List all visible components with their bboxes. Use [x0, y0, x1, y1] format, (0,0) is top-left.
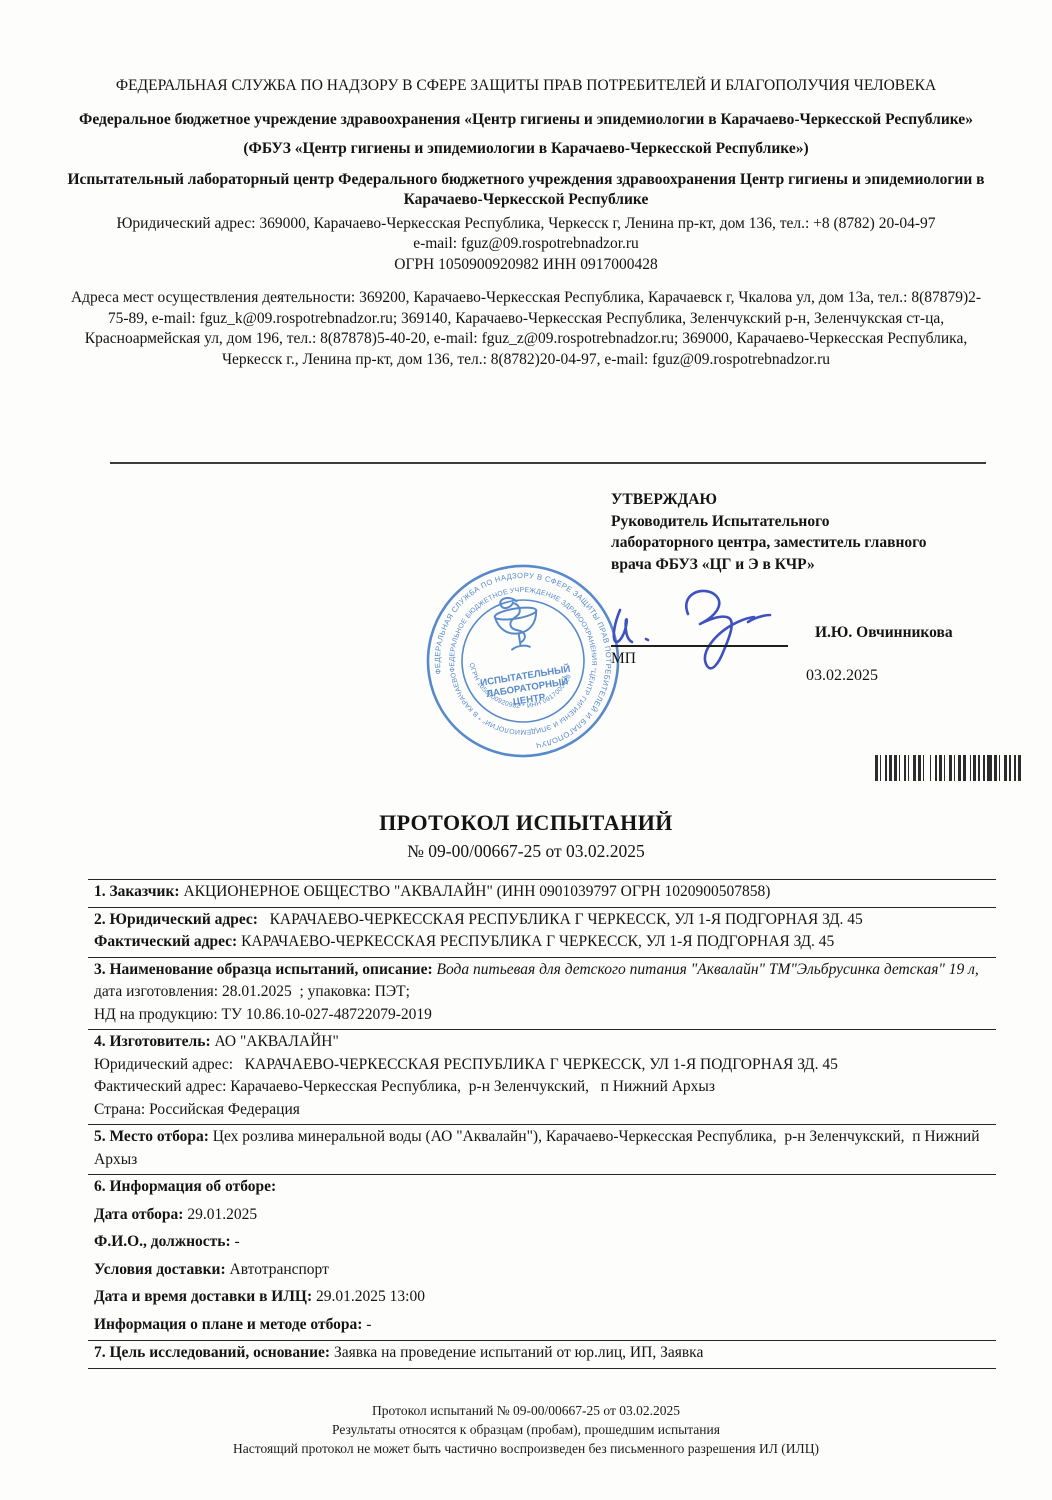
barcode-bar	[935, 755, 936, 781]
text-segment: 29.01.2025	[183, 1206, 257, 1223]
text-segment: Юридический адрес: КАРАЧАЕВО-ЧЕРКЕССКАЯ …	[94, 1056, 838, 1073]
org-short-name: (ФБУЗ «Центр гигиены и эпидемиологии в К…	[64, 139, 988, 160]
barcode-bar	[954, 755, 955, 781]
footer-line: Результаты относятся к образцам (пробам)…	[0, 1420, 1052, 1439]
service-name: ФЕДЕРАЛЬНАЯ СЛУЖБА ПО НАДЗОРУ В СФЕРЕ ЗА…	[64, 76, 988, 97]
barcode-bar	[944, 755, 945, 781]
text-segment: 7. Цель исследований, основание:	[94, 1344, 330, 1361]
protocol-section-7: 7. Цель исследований, основание: Заявка …	[88, 1340, 996, 1369]
approval-date: 03.02.2025	[806, 667, 878, 685]
barcode-bar	[970, 755, 971, 781]
lab-center-name: Испытательный лабораторный центр Федерал…	[64, 170, 988, 211]
protocol-section-2: 2. Юридический адрес: КАРАЧАЕВО-ЧЕРКЕССК…	[88, 907, 996, 957]
approver-name: И.Ю. Овчинникова	[815, 624, 953, 642]
barcode-bar	[1014, 755, 1015, 781]
barcode-bar	[875, 755, 878, 781]
text-segment: 4. Изготовитель:	[94, 1033, 211, 1050]
barcode-bar	[958, 755, 961, 781]
text-segment: КАРАЧАЕВО-ЧЕРКЕССКАЯ РЕСПУБЛИКА Г ЧЕРКЕС…	[258, 911, 863, 928]
protocol-section-6: 6. Информация об отборе:Дата отбора: 29.…	[88, 1174, 996, 1340]
text-segment: 29.01.2025 13:00	[312, 1288, 425, 1305]
barcode-bar	[899, 755, 900, 781]
barcode-bar	[885, 755, 886, 781]
text-segment: -	[231, 1233, 240, 1250]
document-footer: Протокол испытаний № 09-00/00667-25 от 0…	[0, 1401, 1052, 1458]
text-segment: 2. Юридический адрес:	[94, 911, 258, 928]
text-segment: Заявка на проведение испытаний от юр.лиц…	[330, 1344, 703, 1361]
ogrn-inn: ОГРН 1050900920982 ИНН 0917000428	[64, 255, 988, 276]
barcode-bar	[908, 755, 909, 781]
header-divider	[110, 462, 986, 464]
barcode-bar	[1004, 755, 1007, 781]
barcode-bar	[930, 755, 931, 781]
barcode	[875, 755, 1023, 781]
protocol-section-5: 5. Место отбора: Цех розлива минеральной…	[88, 1124, 996, 1174]
signature-scribble	[596, 576, 806, 696]
text-segment: Фактический адрес:	[94, 933, 237, 950]
barcode-bar	[987, 755, 992, 781]
text-segment: 1. Заказчик:	[94, 883, 180, 900]
barcode-bar	[918, 755, 921, 781]
text-segment: Вода питьевая для детского питания "Аква…	[433, 961, 979, 978]
text-segment: -	[362, 1316, 371, 1333]
barcode-bar	[973, 755, 976, 781]
text-segment: дата изготовления: 28.01.2025 ; упаковка…	[94, 983, 410, 1000]
barcode-bar	[994, 755, 997, 781]
barcode-bar	[1018, 755, 1021, 781]
text-segment: Условия доставки:	[94, 1261, 226, 1278]
barcode-bar	[1009, 755, 1010, 781]
org-name: Федеральное бюджетное учреждение здравоо…	[64, 110, 988, 131]
text-segment: АКЦИОНЕРНОЕ ОБЩЕСТВО "АКВАЛАЙН" (ИНН 090…	[180, 883, 771, 900]
text-segment: Ф.И.О., должность:	[94, 1233, 231, 1250]
footer-line: Протокол испытаний № 09-00/00667-25 от 0…	[0, 1401, 1052, 1420]
barcode-bar	[923, 755, 924, 781]
approval-position-line2: лабораторного центра, заместитель главно…	[611, 532, 1001, 554]
hygieia-bowl-icon	[492, 594, 542, 652]
text-segment: 3. Наименование образца испытаний, описа…	[94, 961, 433, 978]
text-segment: НД на продукцию: ТУ 10.86.10-027-4872207…	[94, 1006, 432, 1023]
protocol-section-3: 3. Наименование образца испытаний, описа…	[88, 957, 996, 1030]
signature-line	[611, 645, 788, 647]
barcode-bar	[983, 755, 984, 781]
barcode-bar	[880, 755, 881, 781]
approval-position-line3: врача ФБУЗ «ЦГ и Э в КЧР»	[611, 554, 1001, 576]
barcode-bar	[978, 755, 979, 781]
barcode-bar	[904, 755, 905, 781]
text-segment: Страна: Российская Федерация	[94, 1101, 300, 1118]
text-segment: КАРАЧАЕВО-ЧЕРКЕССКАЯ РЕСПУБЛИКА Г ЧЕРКЕС…	[237, 933, 834, 950]
barcode-bar	[894, 755, 897, 781]
text-segment: АО "АКВАЛАЙН"	[211, 1033, 339, 1050]
protocol-number: № 09-00/00667-25 от 03.02.2025	[0, 841, 1052, 862]
text-segment: Цех розлива минеральной воды (АО "Аквала…	[94, 1128, 980, 1168]
text-segment: Фактический адрес: Карачаево-Черкесская …	[94, 1078, 715, 1095]
text-segment: Дата и время доставки в ИЛЦ:	[94, 1288, 312, 1305]
text-segment: Дата отбора:	[94, 1206, 183, 1223]
footer-line: Настоящий протокол не может быть частичн…	[0, 1439, 1052, 1458]
text-segment: Информация о плане и методе отбора:	[94, 1316, 362, 1333]
activity-addresses: Адреса мест осуществления деятельности: …	[64, 288, 988, 370]
barcode-bar	[939, 755, 942, 781]
protocol-table: 1. Заказчик: АКЦИОНЕРНОЕ ОБЩЕСТВО "АКВАЛ…	[88, 879, 996, 1369]
approval-block: УТВЕРЖДАЮ Руководитель Испытательного ла…	[611, 489, 1001, 575]
text-segment: 6. Информация об отборе:	[94, 1178, 276, 1195]
legal-address: Юридический адрес: 369000, Карачаево-Чер…	[64, 214, 988, 235]
protocol-section-4: 4. Изготовитель: АО "АКВАЛАЙН"Юридически…	[88, 1029, 996, 1124]
barcode-bar	[999, 755, 1000, 781]
org-email: e-mail: fguz@09.rospotrebnadzor.ru	[64, 234, 988, 255]
text-segment: 5. Место отбора:	[94, 1128, 209, 1145]
barcode-bar	[889, 755, 892, 781]
document-page: ФЕДЕРАЛЬНАЯ СЛУЖБА ПО НАДЗОРУ В СФЕРЕ ЗА…	[0, 0, 1052, 1500]
barcode-bar	[949, 755, 952, 781]
document-header: ФЕДЕРАЛЬНАЯ СЛУЖБА ПО НАДЗОРУ В СФЕРЕ ЗА…	[64, 76, 988, 370]
barcode-bar	[963, 755, 966, 781]
approval-title: УТВЕРЖДАЮ	[611, 489, 1001, 511]
mp-label: МП	[611, 650, 636, 668]
text-segment: Автотранспорт	[226, 1261, 329, 1278]
protocol-section-1: 1. Заказчик: АКЦИОНЕРНОЕ ОБЩЕСТВО "АКВАЛ…	[88, 879, 996, 907]
approval-position-line1: Руководитель Испытательного	[611, 511, 1001, 533]
protocol-title: ПРОТОКОЛ ИСПЫТАНИЙ	[0, 810, 1052, 836]
barcode-bar	[913, 755, 916, 781]
